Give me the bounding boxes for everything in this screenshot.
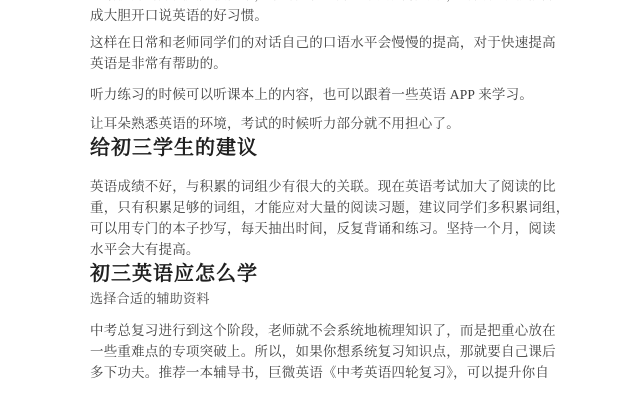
section-heading-how-to-learn: 初三英语应怎么学 xyxy=(90,260,560,288)
section-heading-advice: 给初三学生的建议 xyxy=(90,134,560,162)
article-page: 口语提升的方法其实很简单，平时多和老师同学用英语对话，时间长了就能养 成大胆开口… xyxy=(0,0,640,400)
paragraph-line: 可以用专门的本子抄写，每天抽出时间，反复背诵和练习。坚持一个月，阅读 xyxy=(90,218,560,239)
paragraph-line: 成大胆开口说英语的好习惯。 xyxy=(90,5,560,26)
advice-paragraph: 英语成绩不好，与积累的词组少有很大的关联。现在英语考试加大了阅读的比 重，只有积… xyxy=(90,176,560,260)
paragraph-line: 英语成绩不好，与积累的词组少有很大的关联。现在英语考试加大了阅读的比 xyxy=(90,176,560,197)
listening-paragraph-2: 让耳朵熟悉英语的环境，考试的时候听力部分就不用担心了。 xyxy=(90,113,560,134)
review-paragraph: 中考总复习进行到这个阶段，老师就不会系统地梳理知识了，而是把重心放在 一些重难点… xyxy=(90,320,560,383)
sub-heading-materials: 选择合适的辅助资料 xyxy=(90,288,560,309)
paragraph-line: 听力练习的时候可以听课本上的内容，也可以跟着一些英语 APP 来学习。 xyxy=(90,84,560,105)
paragraph-line: 英语是非常有帮助的。 xyxy=(90,53,560,74)
paragraph-line: 重，只有积累足够的词组，才能应对大量的阅读习题，建议同学们多积累词组， xyxy=(90,197,560,218)
paragraph-line-clipped-bottom: 多下功夫。推荐一本辅导书，巨微英语《中考英语四轮复习》，可以提升你自 xyxy=(90,362,560,383)
paragraph-line: 中考总复习进行到这个阶段，老师就不会系统地梳理知识了，而是把重心放在 xyxy=(90,320,560,341)
paragraph-line: 这样在日常和老师同学们的对话自己的口语水平会慢慢的提高，对于快速提高 xyxy=(90,32,560,53)
paragraph-line: 一些重难点的专项突破上。所以，如果你想系统复习知识点，那就要自己课后 xyxy=(90,341,560,362)
intro-paragraph: 口语提升的方法其实很简单，平时多和老师同学用英语对话，时间长了就能养 成大胆开口… xyxy=(90,0,560,26)
speaking-paragraph: 这样在日常和老师同学们的对话自己的口语水平会慢慢的提高，对于快速提高 英语是非常… xyxy=(90,32,560,74)
article-content: 口语提升的方法其实很简单，平时多和老师同学用英语对话，时间长了就能养 成大胆开口… xyxy=(90,0,560,383)
listening-paragraph-1: 听力练习的时候可以听课本上的内容，也可以跟着一些英语 APP 来学习。 xyxy=(90,84,560,105)
paragraph-line: 水平会大有提高。 xyxy=(90,239,560,260)
paragraph-line: 让耳朵熟悉英语的环境，考试的时候听力部分就不用担心了。 xyxy=(90,113,560,134)
